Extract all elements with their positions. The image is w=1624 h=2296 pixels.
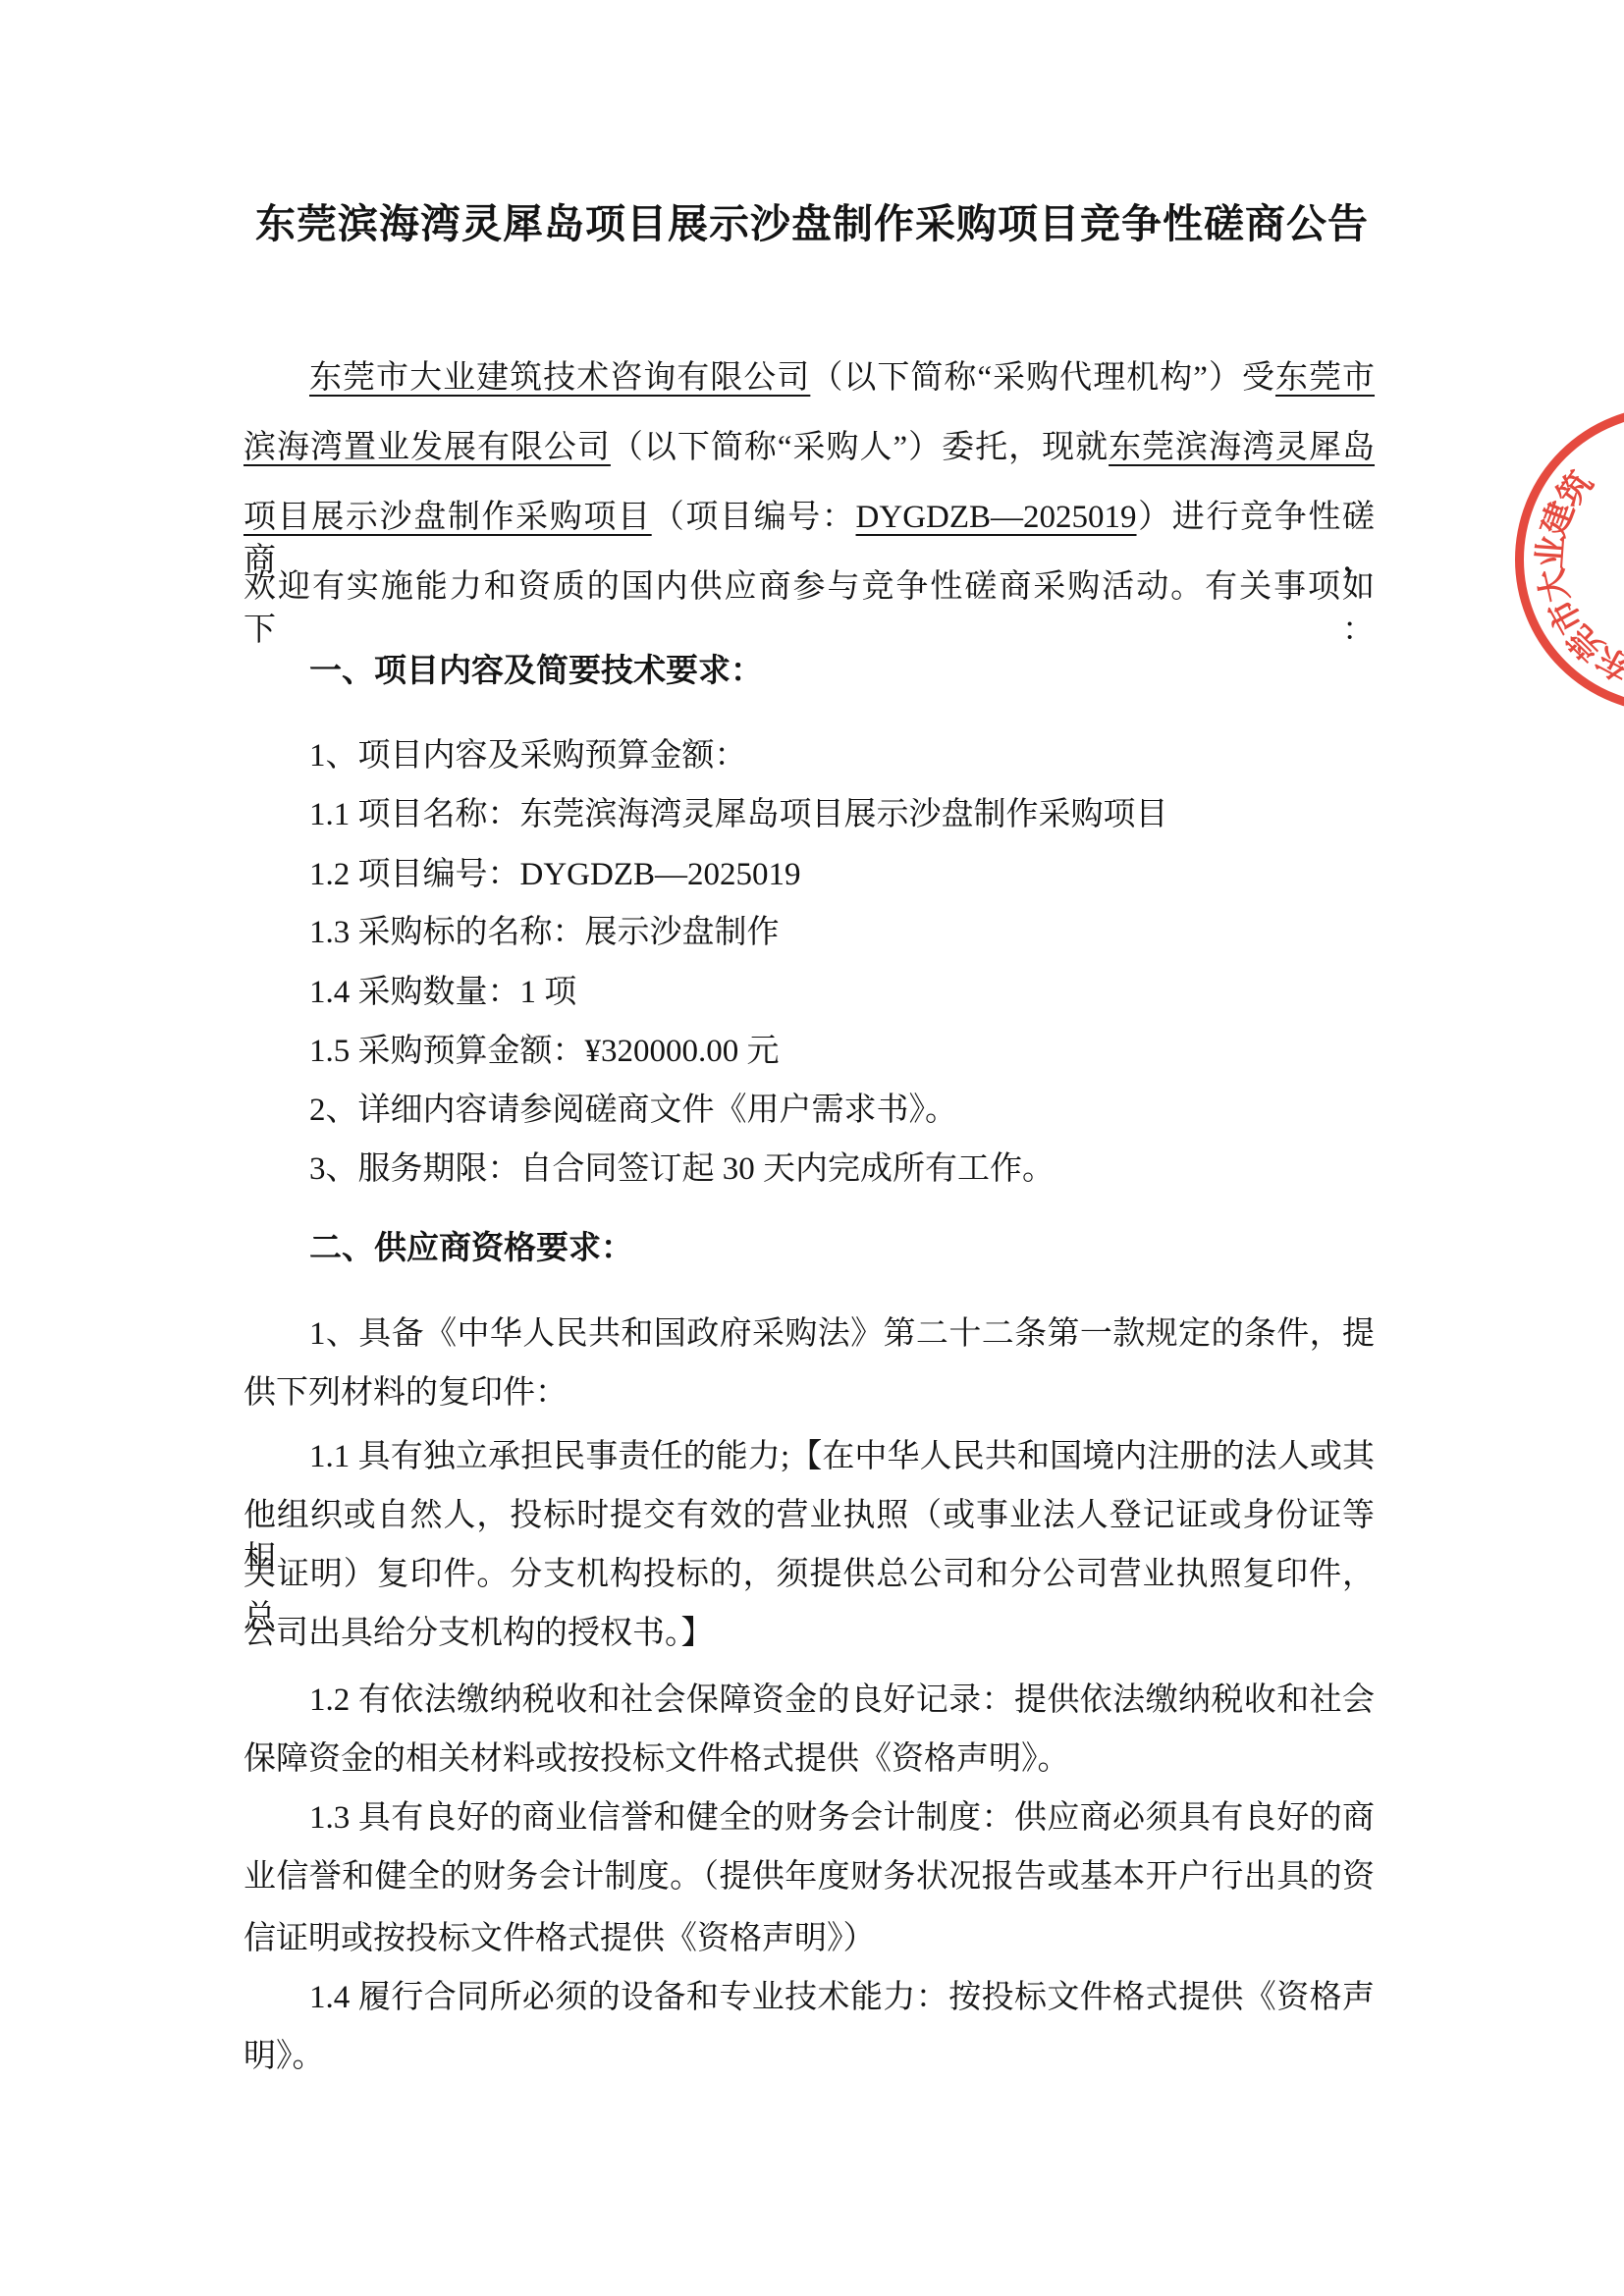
section2-line-1: 1、具备《中华人民共和国政府采购法》第二十二条第一款规定的条件，提 [244,1312,1375,1356]
intro-line-1: 东莞市大业建筑技术咨询有限公司（以下简称“采购代理机构”）受东莞市 [244,356,1375,400]
section2-line-13: 明》。 [244,2035,1375,2078]
underlined-text: 东莞市大业建筑技术咨询有限公司 [309,360,810,396]
underlined-text: 项目展示沙盘制作采购项目 [244,500,652,535]
plain-text: （以下简称“采购代理机构”）受 [810,360,1275,396]
section2-heading: 二、供应商资格要求： [244,1227,1375,1270]
section2-line-10: 业信誉和健全的财务会计制度。（提供年度财务状况报告或基本开户行出具的资 [244,1855,1375,1898]
section2-line-7: 1.2 有依法缴纳税收和社会保障资金的良好记录：提供依法缴纳税收和社会 [244,1679,1375,1722]
section1-item-7: 2、详细内容请参阅磋商文件《用户需求书》。 [244,1089,1375,1132]
section1-item-2: 1.1 项目名称：东莞滨海湾灵犀岛项目展示沙盘制作采购项目 [244,793,1375,836]
section1-heading: 一、项目内容及简要技术要求： [244,650,1375,693]
section1-item-4: 1.3 采购标的名称：展示沙盘制作 [244,911,1375,954]
underlined-text: 东莞市 [1275,360,1375,396]
section1-item-5: 1.4 采购数量：1 项 [244,971,1375,1014]
stamp-character: 大 [1534,563,1576,606]
section1-item-3: 1.2 项目编号：DYGDZB—2025019 [244,853,1375,896]
intro-line-4: 欢迎有实施能力和资质的国内供应商参与竞争性磋商采购活动。有关事项如下： [244,565,1375,652]
document-page: 东莞滨海湾灵犀岛项目展示沙盘制作采购项目竞争性磋商公告 东莞市大业建筑技术咨询有… [0,0,1624,2296]
section2-line-2: 供下列材料的复印件： [244,1371,1375,1415]
plain-text: （以下简称“采购人”）委托，现就 [611,430,1109,465]
section2-line-11: 信证明或按投标文件格式提供《资格声明》） [244,1917,1375,1960]
section2-line-6: 公司出具给分支机构的授权书。】 [244,1612,1375,1655]
section2-line-9: 1.3 具有良好的商业信誉和健全的财务会计制度：供应商必须具有良好的商 [244,1796,1375,1840]
underlined-text: 滨海湾置业发展有限公司 [244,430,611,465]
underlined-text: DYGDZB—2025019 [856,500,1137,535]
intro-line-2: 滨海湾置业发展有限公司（以下简称“采购人”）委托，现就东莞滨海湾灵犀岛 [244,426,1375,469]
section2-line-3: 1.1 具有独立承担民事责任的能力;【在中华人民共和国境内注册的法人或其 [244,1435,1375,1478]
plain-text: 欢迎有实施能力和资质的国内供应商参与竞争性磋商采购活动。有关事项如下： [244,569,1375,648]
section1-item-6: 1.5 采购预算金额：¥320000.00 元 [244,1030,1375,1073]
section2-line-8: 保障资金的相关材料或按投标文件格式提供《资格声明》。 [244,1737,1375,1781]
section2-line-12: 1.4 履行合同所必须的设备和专业技术能力：按投标文件格式提供《资格声 [244,1976,1375,2019]
plain-text: （项目编号： [652,500,856,535]
underlined-text: 东莞滨海湾灵犀岛 [1109,430,1375,465]
page-title: 东莞滨海湾灵犀岛项目展示沙盘制作采购项目竞争性磋商公告 [0,198,1624,249]
section1-item-8: 3、服务期限：自合同签订起 30 天内完成所有工作。 [244,1148,1375,1191]
section1-item-1: 1、项目内容及采购预算金额： [244,734,1375,777]
